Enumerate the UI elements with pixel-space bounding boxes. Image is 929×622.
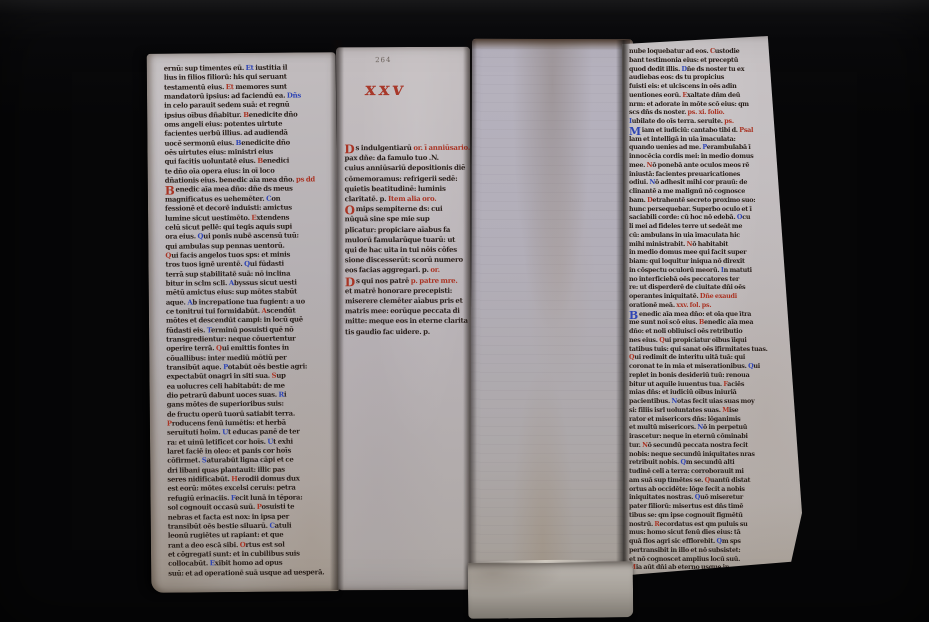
text-line: bitur ut aquile iuuentus tua. Faciēs bbox=[629, 380, 779, 389]
text-line: mihi ministrabit. Nō habitabit bbox=[629, 240, 779, 249]
text-line: Iubilate do oīs terra. seruite. ps. bbox=[629, 117, 779, 126]
text-line: eos facias aggregari. p. or. bbox=[345, 265, 467, 276]
text-line: mee. Nō ponebā ante oculos meos rē bbox=[629, 161, 779, 170]
text-line: saciabili corde: cū hoc nō edebā. Ocu bbox=[629, 213, 779, 222]
text-line: tudinē celi a terra: corroborauit mi bbox=[629, 467, 779, 476]
text-line: mias dñs: et iudiciū oībus iniuriā bbox=[629, 388, 779, 397]
text-line: tis gaudio fac uidere. p. bbox=[345, 326, 467, 337]
text-line: uentiones eorū. Exaltate dñm deū bbox=[629, 91, 779, 100]
text-line: nes eius. Qui propiciatur oībus īiqui bbox=[629, 336, 779, 345]
text-line: tur. Nō secundū peccata nostra fecit bbox=[629, 441, 779, 450]
text-line: et multū misericors. Nō in perpetuū bbox=[629, 423, 779, 432]
text-line: matris mee: eorūque peccata di bbox=[345, 306, 467, 317]
text-line: Ds qui nos patrē p. patre mre. bbox=[345, 275, 467, 286]
text-line: Ds indulgentiarū or. ī anniūsario. bbox=[344, 143, 466, 154]
text-line: re: ut disperderē de ciuitate dñi oēs bbox=[629, 283, 779, 292]
text-line: pertransibit in illo et nō subsistet: bbox=[629, 546, 779, 555]
text-line: in medio domus mee qui facit super bbox=[629, 248, 779, 257]
parchment-panel-blank bbox=[470, 39, 633, 587]
text-line: biam: qui loquitur iniqua nō direxit bbox=[629, 257, 779, 266]
text-line: cū: ambulans in uia īmaculata hic bbox=[629, 231, 779, 240]
text-line: clinantē a me malignū nō cognosce bbox=[629, 187, 779, 196]
text-line: mus: homo sicut fenū dies eius: tā bbox=[629, 528, 779, 537]
text-line: fuisti eis: et ulciscens in oēs adin bbox=[629, 82, 779, 91]
text-line: operantes iniquitatē. Dñe exaudi bbox=[629, 292, 779, 301]
text-line: et matrē honorare precepisti: bbox=[345, 286, 467, 297]
chapter-number-heading: xxv bbox=[364, 79, 407, 100]
text-line: pacientibus. Notas fecit uias suas moy bbox=[629, 397, 779, 406]
text-line: Qui redimit de interitu uitā tuā: qui bbox=[629, 353, 779, 362]
manuscript-photograph: ernū: sup timentes eū. Et iustitia illiu… bbox=[0, 0, 929, 622]
foliation-number: 264 bbox=[375, 56, 391, 64]
text-line: iniquitates nostras. Quō miseretur bbox=[629, 493, 779, 502]
text-line: Mia aūt dñi ab eterno usque in bbox=[629, 563, 779, 572]
text-line: replet in bonis desideriū tuū: renoua bbox=[629, 371, 779, 380]
text-line: claritatē. p. Item alia oro. bbox=[345, 194, 467, 205]
text-line: si: filiis isrl uoluntates suas. Mise bbox=[629, 406, 779, 415]
text-line: et nō cognoscet amplius locū suū. bbox=[629, 555, 779, 564]
text-line: nrm: et adorate in mōte scō eius: qm bbox=[629, 100, 779, 109]
text-line: quod dedit illis. Dñe ds noster tu ex bbox=[629, 65, 779, 74]
text-line: quietis beatitudinē: luminis bbox=[345, 184, 467, 195]
text-line: sione discesserūt: scorū numero bbox=[345, 255, 467, 266]
text-line: mulorū famularūque tuarū: ut bbox=[345, 235, 467, 246]
text-line: nube loquebatur ad eos. Custodie bbox=[629, 47, 779, 56]
parchment-panel-left: ernū: sup timentes eū. Et iustitia illiu… bbox=[147, 52, 341, 593]
flap-crease-highlight bbox=[476, 559, 616, 563]
text-line: bam. Detrahentē secreto proximo suo: bbox=[629, 196, 779, 205]
text-line: tibus se: qm ipse cognouit figmētū bbox=[629, 511, 779, 520]
text-line: irascetur: neque in eternū cōminabi bbox=[629, 432, 779, 441]
text-line: dño: et noli obliuisci oēs retributio bbox=[629, 327, 779, 336]
text-line: cōmemoramus: refrigerii sedē: bbox=[344, 173, 466, 184]
text-line: retribuit nobis. Qm secundū alti bbox=[629, 458, 779, 467]
text-line: coronat te in mia et miserationibus. Qui bbox=[629, 362, 779, 371]
text-line: nobis: neque secundū iniquitates nras bbox=[629, 450, 779, 459]
text-line: plicatur: propiciare aīabus fa bbox=[345, 224, 467, 235]
text-line: cuius anniūsariū depositionis diē bbox=[344, 163, 466, 174]
text-line: odiui. Nō adhesit mihi cor prauū: de bbox=[629, 178, 779, 187]
text-line: audiebas eos: ds tu propicius bbox=[629, 73, 779, 82]
parchment-panel-right: nube loquebatur ad eos. Custodiebant tes… bbox=[622, 36, 802, 578]
text-line: qui de hac uita in tui nōis cōfes bbox=[345, 245, 467, 256]
text-line: tatibus tuis: qui sanat oēs īfirmitates … bbox=[629, 345, 779, 354]
text-line: orationē meā. xxv. fol. ps. bbox=[629, 301, 779, 310]
text-line: quā flos agri sic efflorebit. Qm sps bbox=[629, 537, 779, 546]
text-line: li mei ad fideles terre ut sedeāt me bbox=[629, 222, 779, 231]
manuscript-column-left: ernū: sup timentes eū. Et iustitia illiu… bbox=[164, 63, 336, 578]
text-line: Miam et iudiciū: cantabo tibi d. Psal bbox=[629, 126, 779, 135]
text-line: lam et intelligā in uia īmaculata: bbox=[629, 135, 779, 144]
text-line: innocēcia cordis mei: in medio domus bbox=[629, 152, 779, 161]
text-line: in cōspectu oculorū meorū. In matuti bbox=[629, 266, 779, 275]
parchment-bottom-flap bbox=[468, 561, 634, 619]
text-line: pax dñe: da famulo tuo .N. bbox=[344, 153, 466, 164]
text-line: am suā sup timētes se. Quantū distat bbox=[629, 476, 779, 485]
text-line: Benedic aīa mea dño: et oīa que ītra bbox=[629, 310, 779, 319]
text-line: bant testimonia eius: et preceptū bbox=[629, 56, 779, 65]
text-line: nūquā sine spe mie sup bbox=[345, 214, 467, 225]
text-line: me sunt noī scō eius. Benedic aīa mea bbox=[629, 318, 779, 327]
text-line: hunc persequebar. Superbo oculo et ī bbox=[629, 205, 779, 214]
text-line: pater filiorū: misertus est dñs timē bbox=[629, 502, 779, 511]
text-line: scs dñs ds noster. ps. xi. folio. bbox=[629, 108, 779, 117]
text-line: rator et misericors dñs: lōganimis bbox=[629, 415, 779, 424]
text-line: quando uenies ad me. Perambulabā ī bbox=[629, 143, 779, 152]
manuscript-column-middle: Ds indulgentiarū or. ī anniūsario.pax dñ… bbox=[344, 143, 467, 337]
text-line: miserere clemēter aīabus pris et bbox=[345, 296, 467, 307]
text-line: nostrū. Recordatus est qm puluis su bbox=[629, 520, 779, 529]
binding-edge-stain bbox=[472, 39, 633, 51]
text-line: Omips sempiterne ds: cui bbox=[345, 204, 467, 215]
parchment-panel-second: 264 xxv Ds indulgentiarū or. ī anniūsari… bbox=[336, 47, 472, 590]
text-line: ortus ab occidēte: lōge fecit a nobis bbox=[629, 485, 779, 494]
text-line: suū: et ad operationē suā usque ad uespe… bbox=[168, 568, 336, 579]
text-line: iniustā: facientes preuaricationes bbox=[629, 170, 779, 179]
text-line: no interficiebā oēs peccatores ter bbox=[629, 275, 779, 284]
manuscript-column-right: nube loquebatur ad eos. Custodiebant tes… bbox=[629, 47, 779, 572]
text-line: mitte: meque eos in eterne clarita bbox=[345, 316, 467, 327]
